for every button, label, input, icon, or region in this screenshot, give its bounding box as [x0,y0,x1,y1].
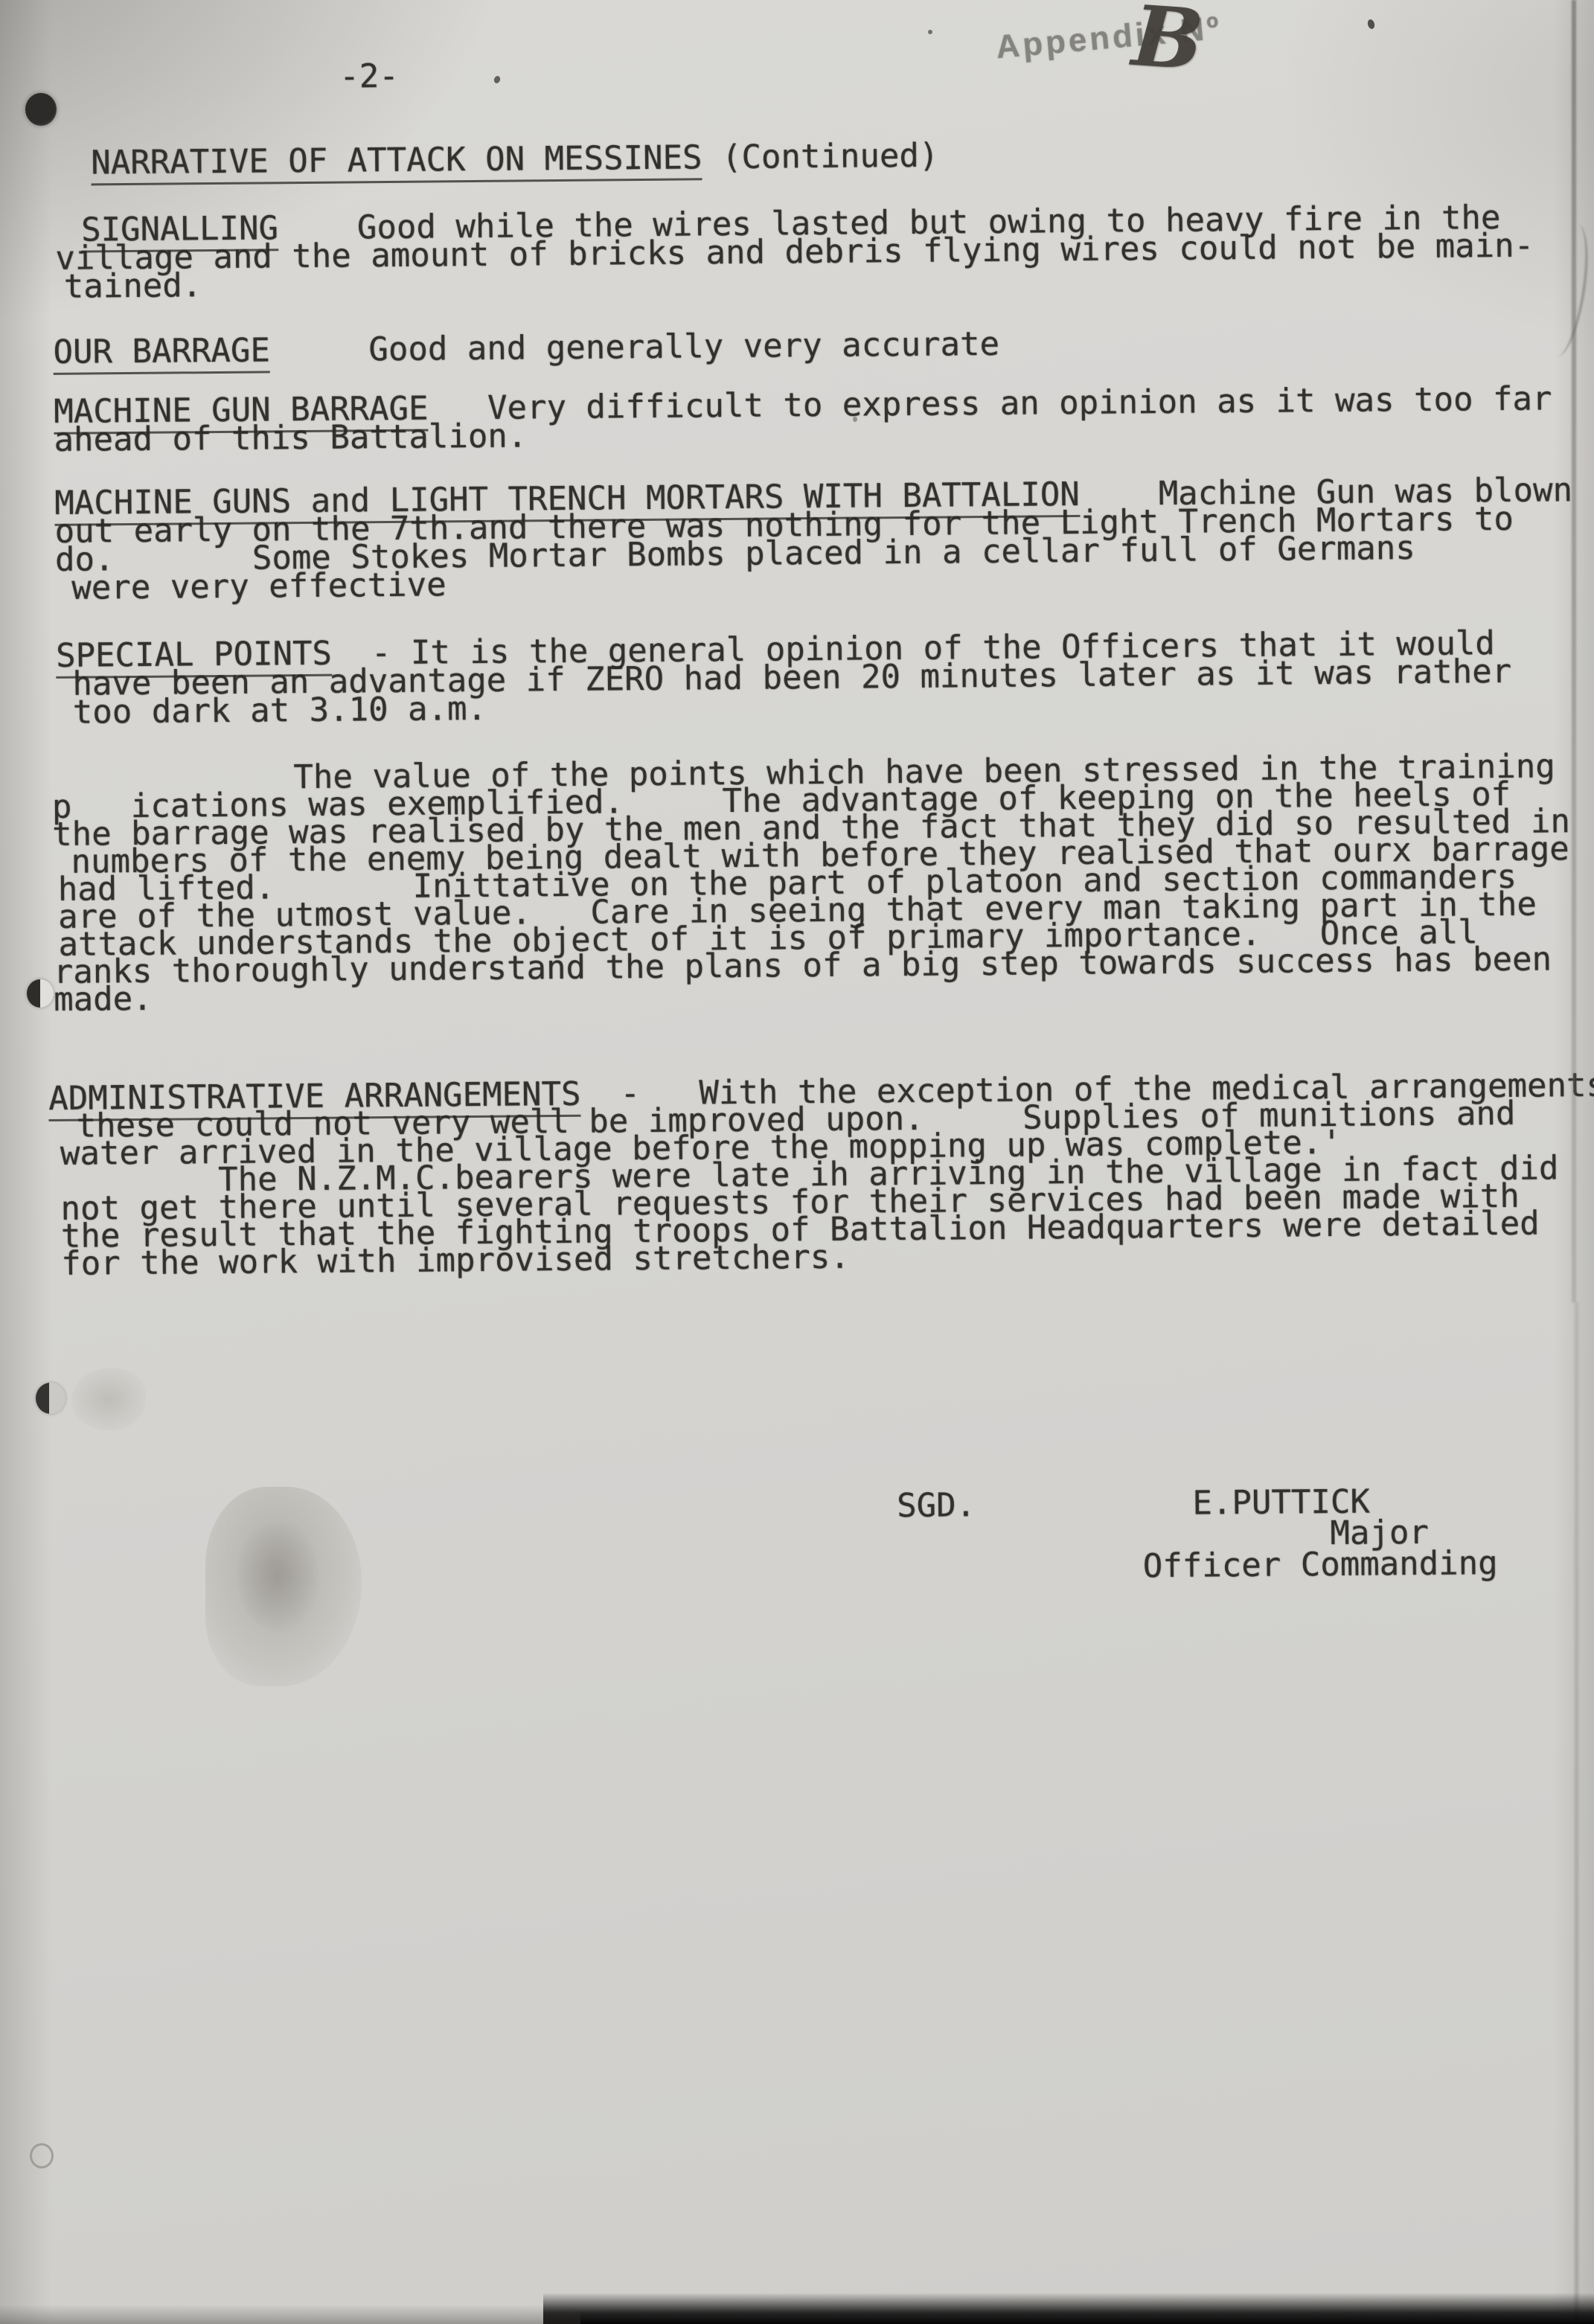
punch-hole-middle-left [27,979,54,1008]
typed-line: too dark at 3.10 a.m. [73,693,487,729]
punch-hole-ring-bottom-left [30,2143,54,2168]
scan-edge-black-band [543,2293,1594,2324]
typed-text-segment: were very effective [71,566,446,606]
typed-line: were very effective [71,569,446,604]
typed-text-segment: tained. [64,266,202,306]
typed-heading-segment: OUR BARRAGE [53,331,270,375]
paper-speck [928,30,932,34]
paper-speck [853,417,857,422]
small-stain-left [71,1368,146,1430]
typed-line: ahead of this Battalion. [54,420,527,457]
typed-text-segment: made. [54,980,153,1019]
typed-text-segment: Very difficult to express an opinion as … [428,380,1552,427]
typed-line: made. [54,983,153,1017]
typed-text-segment: Officer Commanding [1143,1544,1498,1585]
typed-text-segment: -2- [339,57,399,96]
typed-line: Officer Commanding [1143,1547,1498,1583]
paper-crease-right-lower [1575,1302,1578,2324]
paper-crease-right [1572,0,1576,1302]
typed-line: NARRATIVE OF ATTACK ON MESSINES (Continu… [91,140,938,180]
scan-edge-shadow [0,2305,580,2324]
typewritten-text-layer: -2-NARRATIVE OF ATTACK ON MESSINES (Cont… [0,0,1594,2324]
typed-line: tained. [64,269,202,304]
typed-text-segment: ahead of this Battalion. [54,417,527,459]
typed-text-segment: SGD. E.PUTTICK [897,1483,1370,1526]
typed-line: SGD. E.PUTTICK [897,1486,1370,1523]
scanned-document-page: Appendix Nº B -2-NARRATIVE OF ATTACK ON … [0,0,1594,2324]
typed-text-segment: too dark at 3.10 a.m. [73,690,487,732]
typed-text-segment: for the work with improvised stretchers. [61,1238,850,1283]
ink-blot-top-left [25,93,57,126]
typed-line: OUR BARRAGE Good and generally very accu… [53,328,999,369]
typed-heading-segment: NARRATIVE OF ATTACK ON MESSINES [91,138,702,185]
punch-hole-lower-left [36,1383,65,1414]
typed-text-segment: (Continued) [702,137,938,177]
typed-text-segment: Good and generally very accurate [270,325,1000,370]
typed-line: -2- [339,60,399,94]
typed-line: for the work with improvised stretchers. [61,1241,850,1281]
large-stain-core [237,1521,319,1633]
